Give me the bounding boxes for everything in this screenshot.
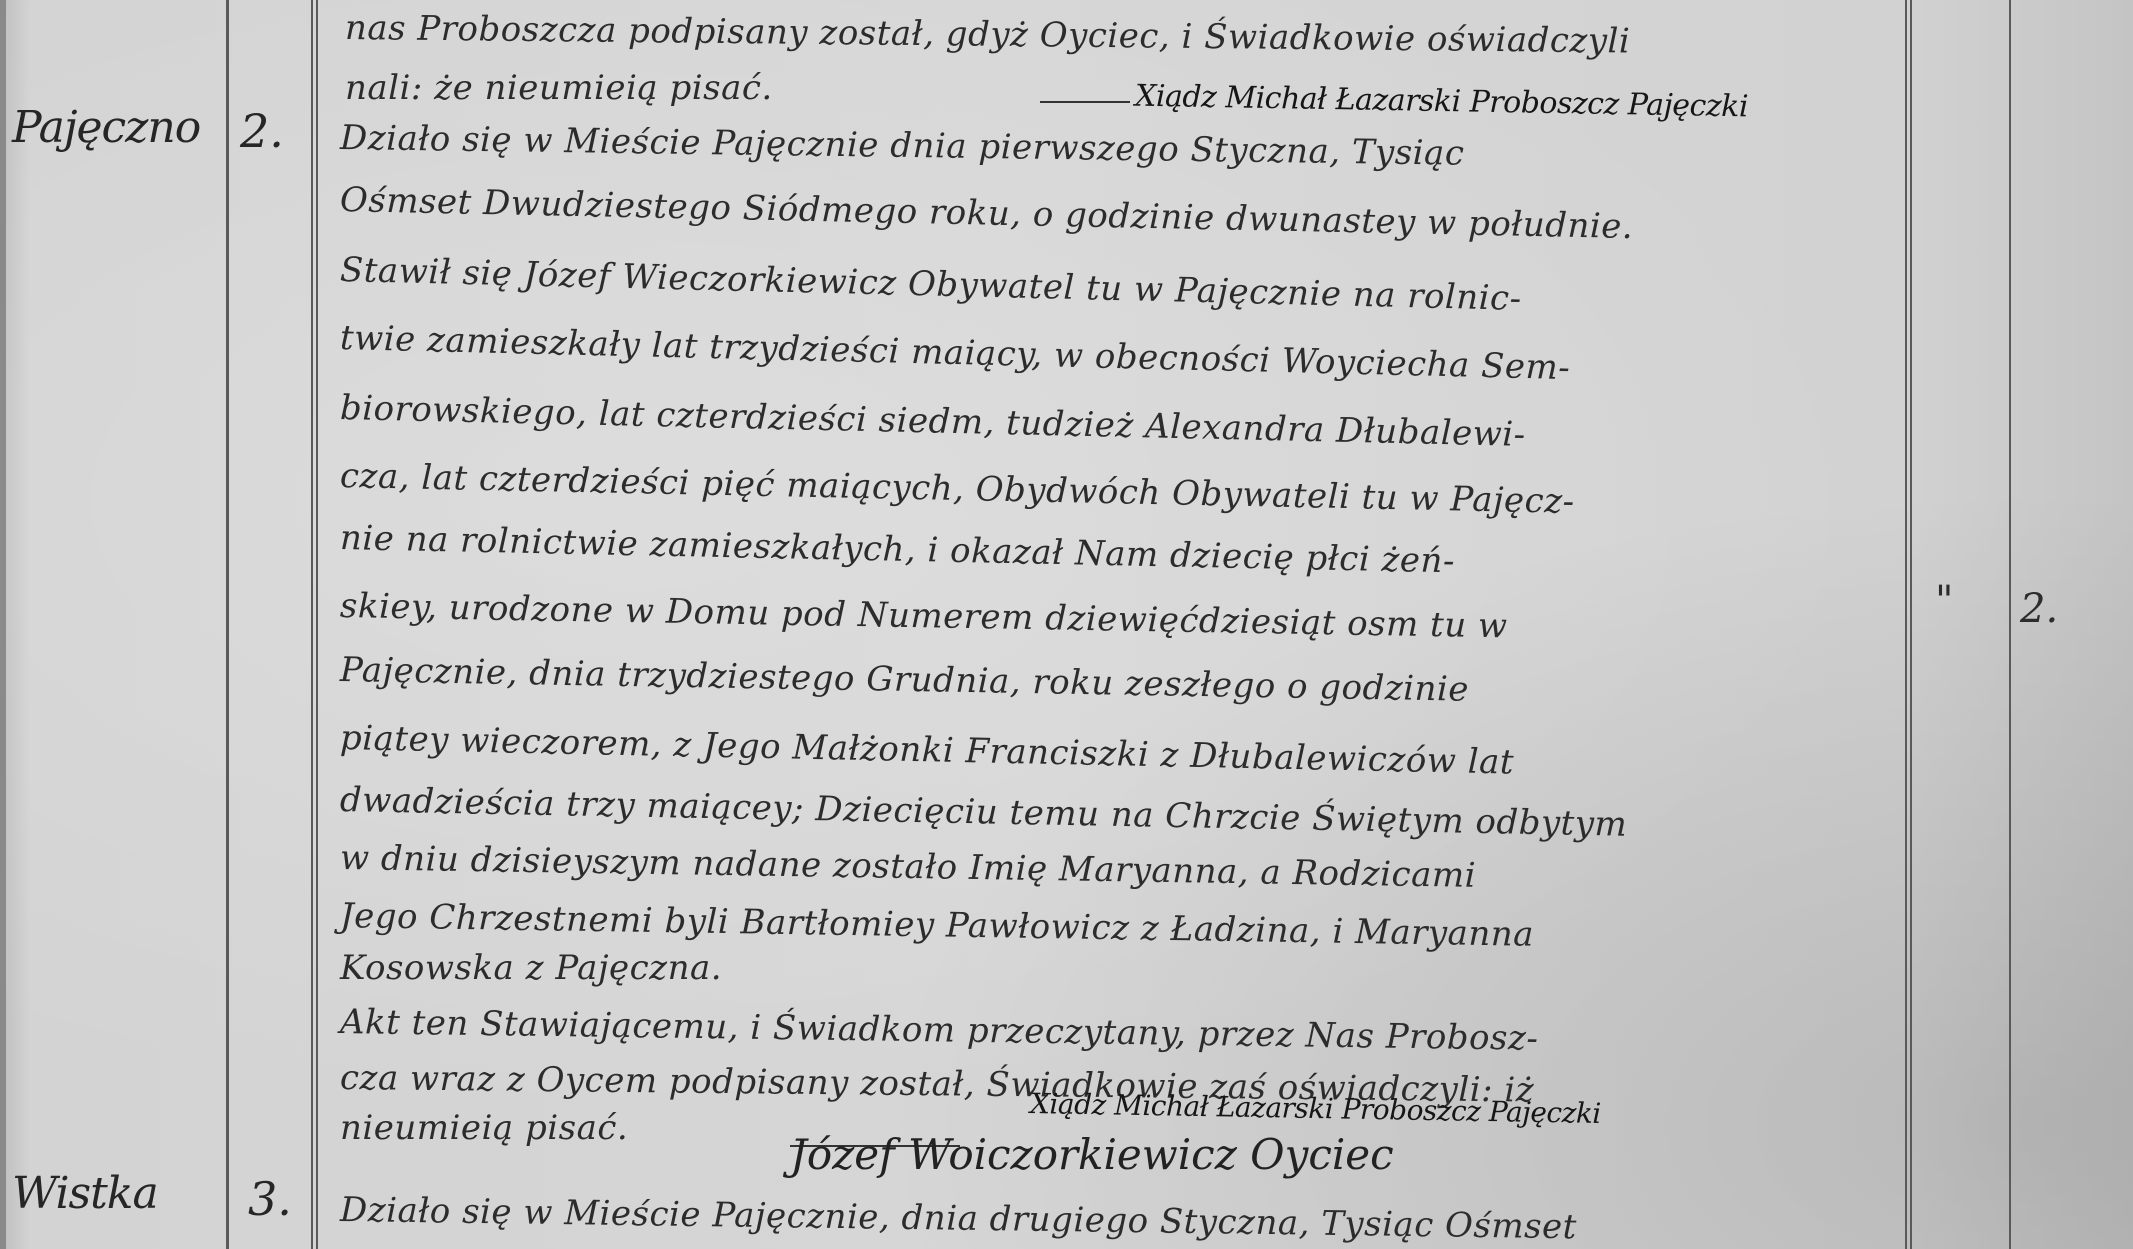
entry-2-line-15: Akt ten Stawiającemu, i Świadkom przeczy… [340, 1002, 1900, 1064]
signature-dash [1040, 101, 1130, 103]
entry-2-line-4: twie zamieszkały lat trzydzieści maiący,… [340, 318, 1901, 396]
entry-2-line-11: dwadzieścia trzy maiącey; Dziecięciu tem… [340, 780, 1900, 850]
entry-2-father-signature: Józef Woiczorkiewicz Oyciec [790, 1130, 1394, 1179]
entry-3-line-1: Działo się w Mieście Pajęcznie, dnia dru… [340, 1190, 1900, 1249]
prev-entry-line-1: nas Proboszcza podpisany został, gdyż Oy… [345, 8, 1905, 64]
column-rule-count [2009, 0, 2011, 1249]
column-rule-number-right [316, 0, 318, 1249]
entry-2-line-1: Działo się w Mieście Pajęcznie dnia pier… [340, 118, 1900, 180]
entry-2-line-12: w dniu dzisieyszym nadane zostało Imię M… [340, 838, 1900, 902]
column-rule-text-right-b [1910, 0, 1912, 1249]
entry-3-number: 3. [248, 1172, 292, 1226]
column-rule-number-left [311, 0, 313, 1249]
entry-2-line-2: Ośmset Dwudziestego Siódmego roku, o god… [340, 180, 1900, 253]
column-rule-text-right-a [1905, 0, 1907, 1249]
entry-2-count: 2. [2020, 586, 2058, 632]
entry-2-line-6: cza, lat czterdzieści pięć maiących, Oby… [340, 456, 1900, 529]
entry-2-line-10: piątey wieczorem, z Jego Małżonki Franci… [340, 718, 1900, 791]
entry-2-line-7: nie na rolnictwie zamieszkałych, i okaza… [340, 518, 1900, 591]
entry-2-line-3: Stawił się Józef Wieczorkiewicz Obywatel… [340, 250, 1901, 328]
entry-2-line-5: biorowskiego, lat czterdzieści siedm, tu… [340, 388, 1901, 463]
entry-2-line-14: Kosowska z Pajęczna. [340, 948, 1900, 988]
page-edge [0, 0, 6, 1249]
column-rule-margin [226, 0, 229, 1249]
entry-2-number: 2. [240, 104, 284, 158]
register-page: nas Proboszcza podpisany został, gdyż Oy… [0, 0, 2133, 1249]
entry-3-margin-name: Wistka [12, 1168, 158, 1219]
entry-2-line-8: skiey, urodzone w Domu pod Numerem dziew… [340, 586, 1900, 653]
entry-2-margin-name: Pajęczno [12, 102, 200, 153]
entry-2-tally-mark: " [1935, 578, 1953, 624]
entry-2-line-9: Pajęcznie, dnia trzydziestego Grudnia, r… [340, 650, 1900, 717]
